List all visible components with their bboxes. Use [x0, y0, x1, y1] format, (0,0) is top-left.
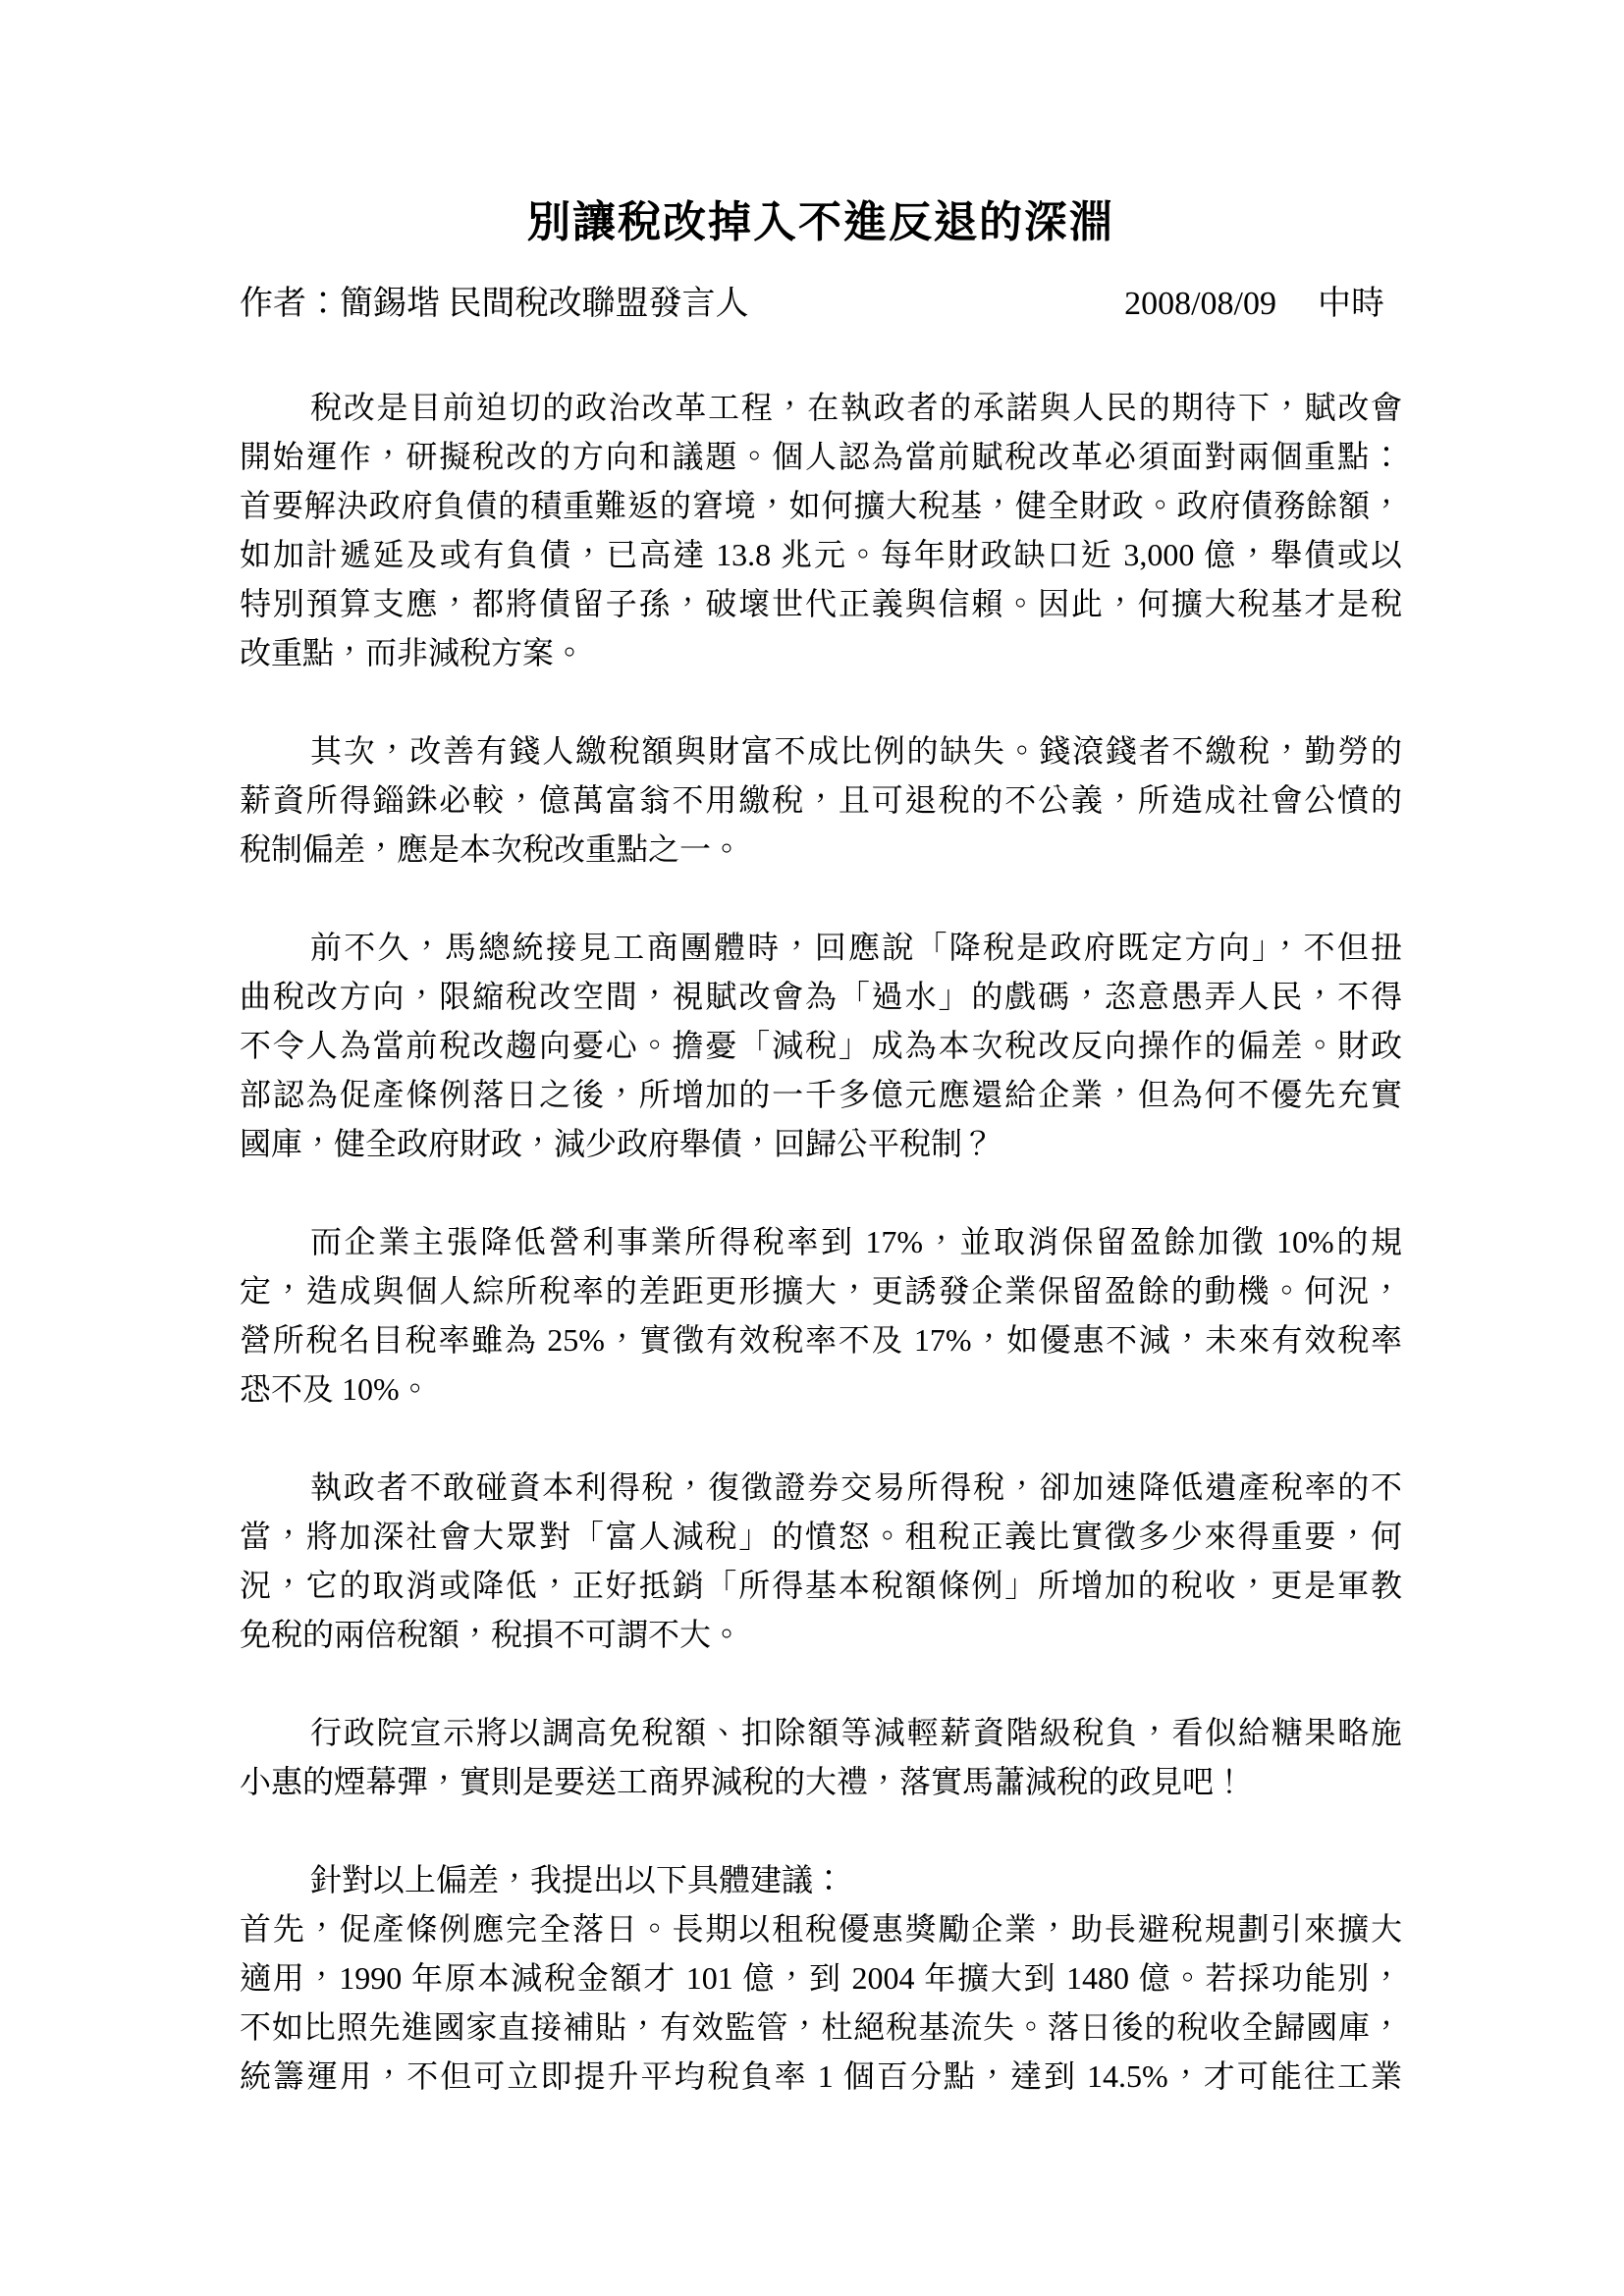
text-line: 而企業主張降低營利事業所得稅率到 17%，並取消保留盈餘加徵 10%的規 — [240, 1217, 1402, 1266]
text-line: 統籌運用，不但可立即提升平均稅負率 1 個百分點，達到 14.5%，才可能往工業 — [240, 2052, 1402, 2101]
byline-meta: 2008/08/09 中時 — [1124, 281, 1402, 328]
paragraph: 首先，促產條例應完全落日。長期以租稅優惠獎勵企業，助長避稅規劃引來擴大適用，19… — [240, 1904, 1402, 2101]
text-line: 針對以上偏差，我提出以下具體建議： — [240, 1855, 1402, 1904]
text-line: 首要解決政府負債的積重難返的窘境，如何擴大稅基，健全財政。政府債務餘額， — [240, 481, 1402, 530]
text-line: 首先，促產條例應完全落日。長期以租稅優惠獎勵企業，助長避稅規劃引來擴大 — [240, 1904, 1402, 1953]
text-line: 執政者不敢碰資本利得稅，復徵證券交易所得稅，卻加速降低遺產稅率的不 — [240, 1463, 1402, 1512]
text-line: 國庫，健全政府財政，減少政府舉債，回歸公平稅制？ — [240, 1119, 1402, 1168]
document-page: 別讓稅改掉入不進反退的深淵 作者：簡錫堦 民間稅改聯盟發言人 2008/08/0… — [0, 0, 1624, 2296]
article-title: 別讓稅改掉入不進反退的深淵 — [240, 196, 1402, 249]
text-line: 如加計遞延及或有負債，已高達 13.8 兆元。每年財政缺口近 3,000 億，舉… — [240, 530, 1402, 579]
paragraph: 而企業主張降低營利事業所得稅率到 17%，並取消保留盈餘加徵 10%的規定，造成… — [240, 1217, 1402, 1414]
text-line: 其次，改善有錢人繳稅額與財富不成比例的缺失。錢滾錢者不繳稅，勤勞的 — [240, 726, 1402, 775]
byline-source: 中時 — [1318, 281, 1384, 328]
text-line: 稅改是目前迫切的政治改革工程，在執政者的承諾與人民的期待下，賦改會 — [240, 383, 1402, 432]
text-line: 行政院宣示將以調高免稅額、扣除額等減輕薪資階級稅負，看似給糖果略施 — [240, 1708, 1402, 1757]
byline: 作者：簡錫堦 民間稅改聯盟發言人 2008/08/09 中時 — [240, 281, 1402, 328]
text-line: 改重點，而非減稅方案。 — [240, 628, 1402, 677]
byline-author: 作者：簡錫堦 民間稅改聯盟發言人 — [240, 281, 749, 328]
paragraph: 行政院宣示將以調高免稅額、扣除額等減輕薪資階級稅負，看似給糖果略施小惠的煙幕彈，… — [240, 1708, 1402, 1806]
text-line: 開始運作，研擬稅改的方向和議題。個人認為當前賦稅改革必須面對兩個重點： — [240, 432, 1402, 481]
byline-date: 2008/08/09 — [1124, 281, 1276, 328]
text-line: 況，它的取消或降低，正好抵銷「所得基本稅額條例」所增加的稅收，更是軍教 — [240, 1561, 1402, 1610]
text-line: 定，造成與個人綜所稅率的差距更形擴大，更誘發企業保留盈餘的動機。何況， — [240, 1266, 1402, 1315]
paragraph: 稅改是目前迫切的政治改革工程，在執政者的承諾與人民的期待下，賦改會開始運作，研擬… — [240, 383, 1402, 677]
text-line: 不令人為當前稅改趨向憂心。擔憂「減稅」成為本次稅改反向操作的偏差。財政 — [240, 1021, 1402, 1070]
article-body: 稅改是目前迫切的政治改革工程，在執政者的承諾與人民的期待下，賦改會開始運作，研擬… — [240, 383, 1402, 2101]
paragraph: 前不久，馬總統接見工商團體時，回應說「降稅是政府既定方向」，不但扭曲稅改方向，限… — [240, 923, 1402, 1168]
text-line: 稅制偏差，應是本次稅改重點之一。 — [240, 825, 1402, 874]
paragraph: 執政者不敢碰資本利得稅，復徵證券交易所得稅，卻加速降低遺產稅率的不當，將加深社會… — [240, 1463, 1402, 1659]
text-line: 前不久，馬總統接見工商團體時，回應說「降稅是政府既定方向」，不但扭 — [240, 923, 1402, 972]
text-line: 適用，1990 年原本減稅金額才 101 億，到 2004 年擴大到 1480 … — [240, 1953, 1402, 2002]
text-line: 部認為促產條例落日之後，所增加的一千多億元應還給企業，但為何不優先充實 — [240, 1070, 1402, 1119]
text-line: 曲稅改方向，限縮稅改空間，視賦改會為「過水」的戲碼，恣意愚弄人民，不得 — [240, 972, 1402, 1021]
paragraph: 其次，改善有錢人繳稅額與財富不成比例的缺失。錢滾錢者不繳稅，勤勞的薪資所得錙銖必… — [240, 726, 1402, 874]
text-line: 不如比照先進國家直接補貼，有效監管，杜絕稅基流失。落日後的稅收全歸國庫， — [240, 2002, 1402, 2052]
document-content: 別讓稅改掉入不進反退的深淵 作者：簡錫堦 民間稅改聯盟發言人 2008/08/0… — [240, 0, 1402, 2101]
paragraph: 針對以上偏差，我提出以下具體建議： — [240, 1855, 1402, 1904]
text-line: 免稅的兩倍稅額，稅損不可謂不大。 — [240, 1610, 1402, 1659]
text-line: 薪資所得錙銖必較，億萬富翁不用繳稅，且可退稅的不公義，所造成社會公憤的 — [240, 775, 1402, 825]
text-line: 特別預算支應，都將債留子孫，破壞世代正義與信賴。因此，何擴大稅基才是稅 — [240, 579, 1402, 628]
text-line: 當，將加深社會大眾對「富人減稅」的憤怒。租稅正義比實徵多少來得重要，何 — [240, 1512, 1402, 1561]
text-line: 恐不及 10%。 — [240, 1364, 1402, 1414]
text-line: 小惠的煙幕彈，實則是要送工商界減稅的大禮，落實馬蕭減稅的政見吧！ — [240, 1757, 1402, 1806]
text-line: 營所稅名目稅率雖為 25%，實徵有效稅率不及 17%，如優惠不減，未來有效稅率 — [240, 1315, 1402, 1364]
